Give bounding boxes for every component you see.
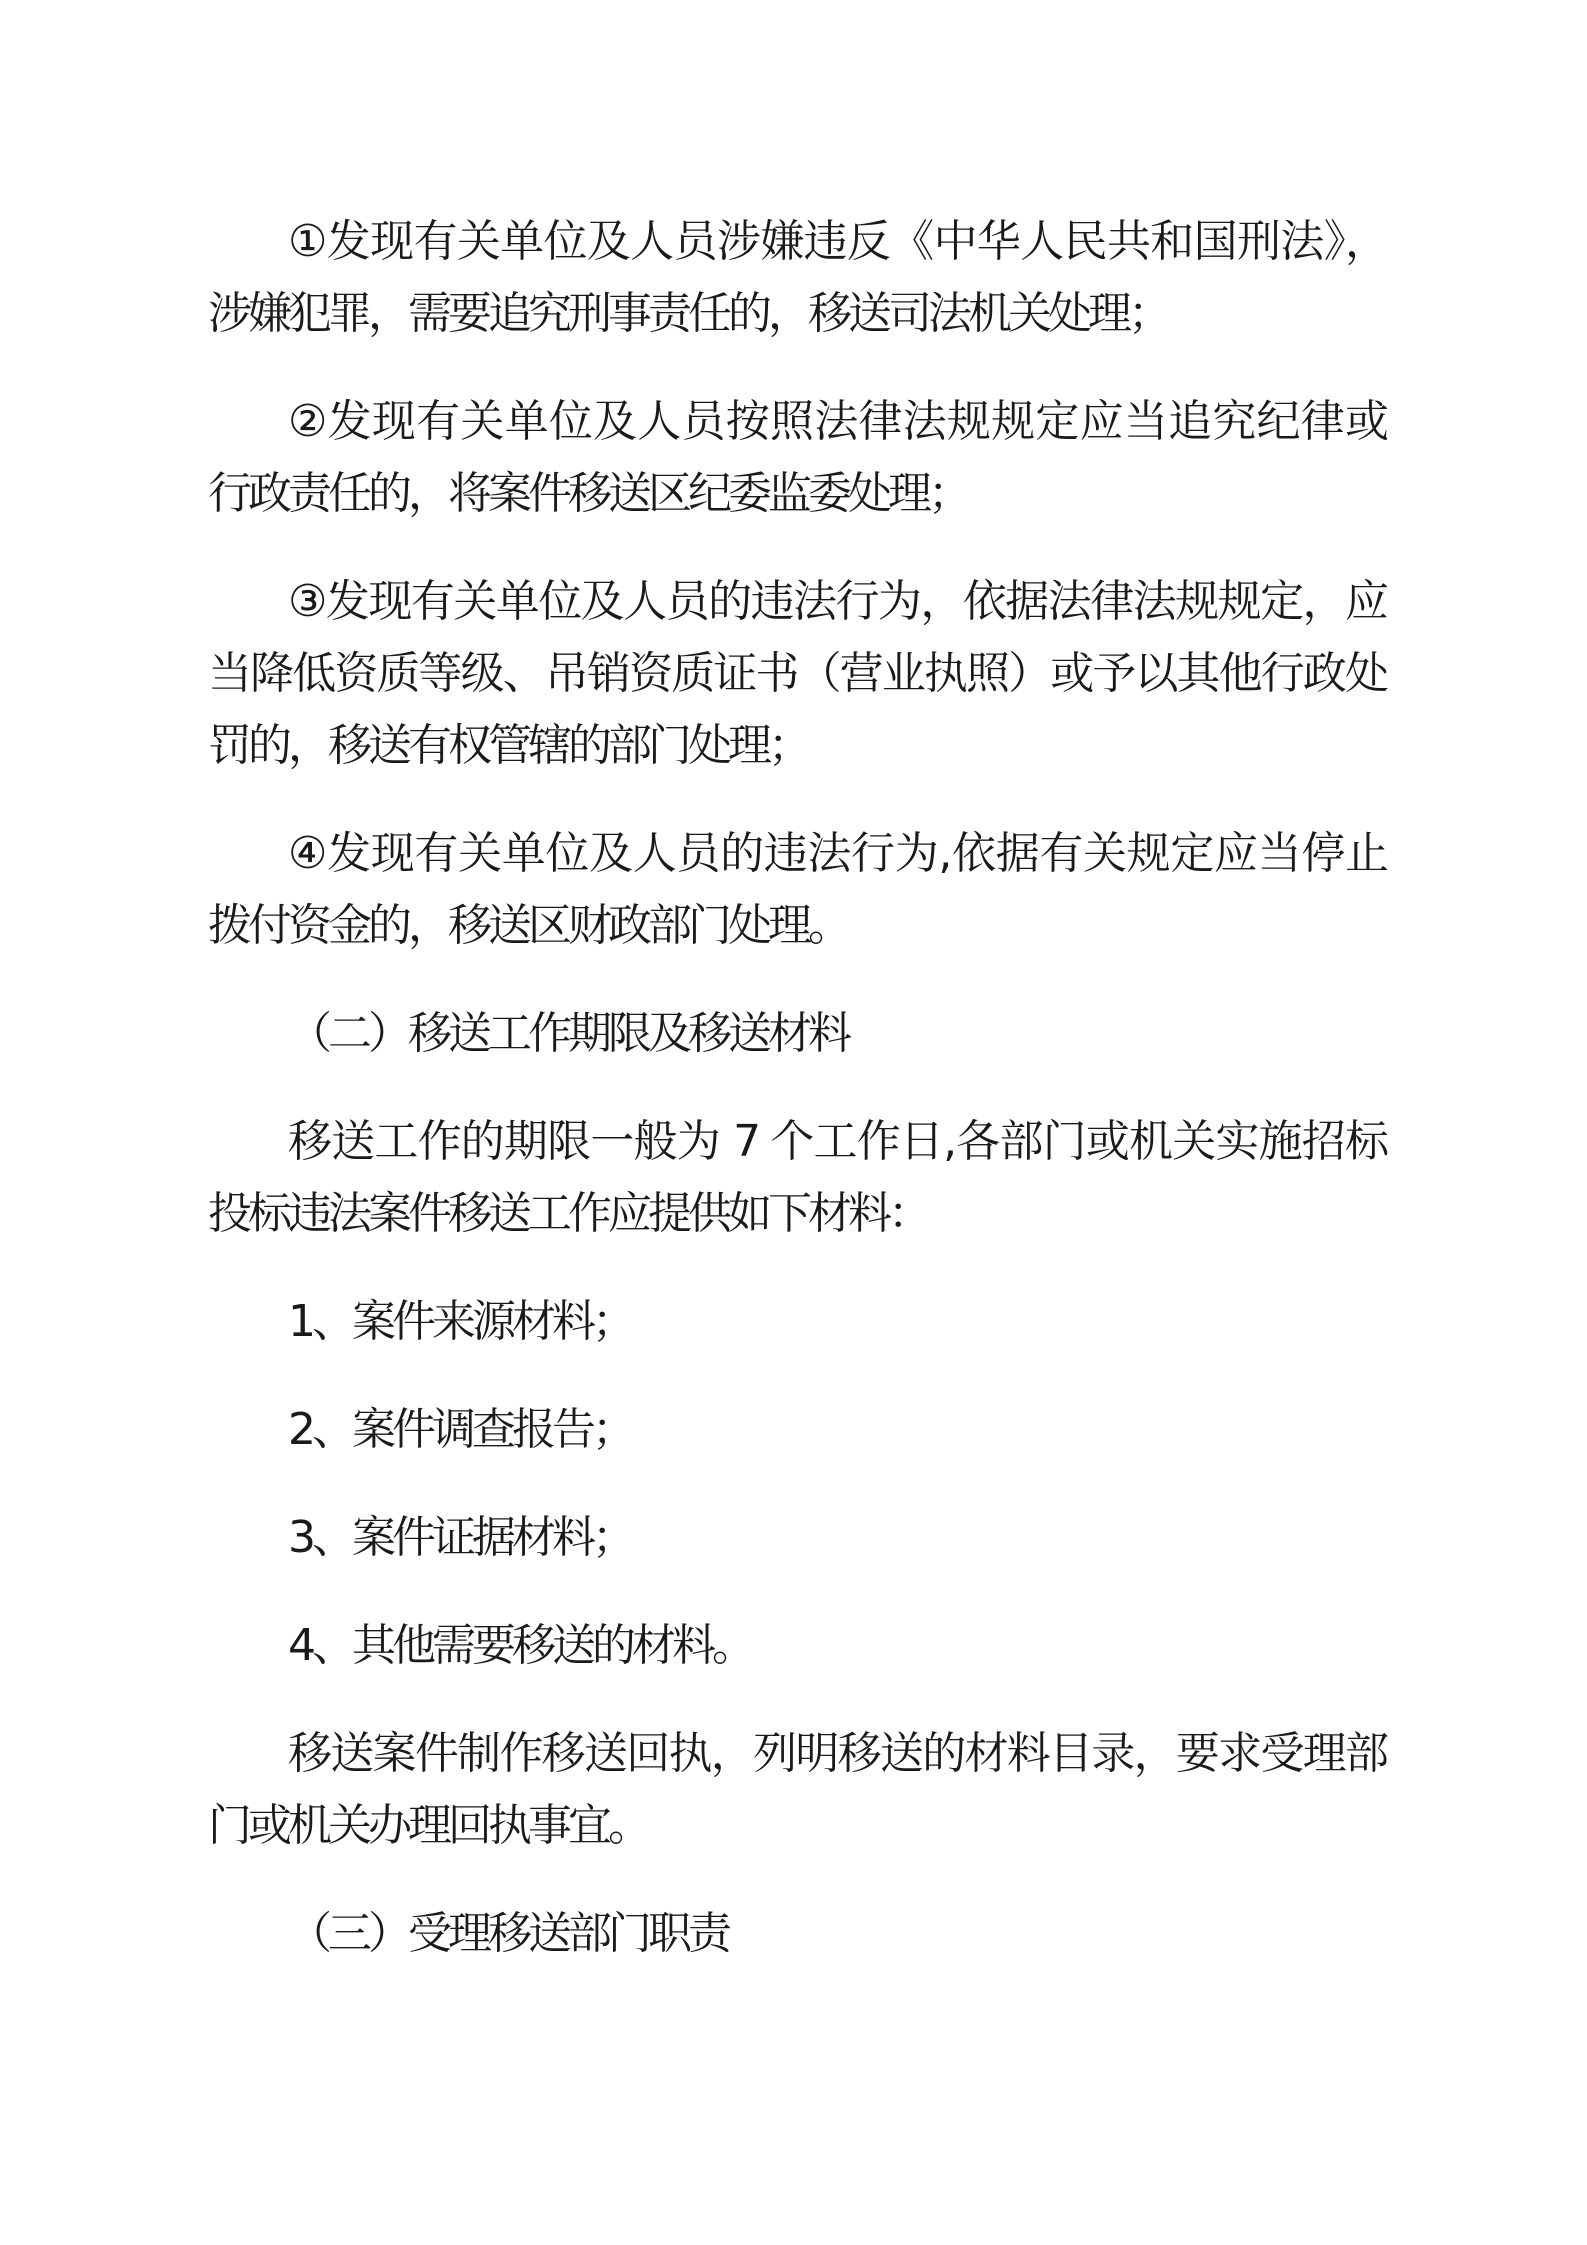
text-line: 投标违法案件移送工作应提供如下材料：	[208, 1178, 1385, 1250]
text-line: ②发现有关单位及人员按照法律法规规定应当追究纪律或	[208, 386, 1385, 458]
material-item-1: 1、案件来源材料；	[208, 1286, 1385, 1358]
text-line: （三）受理移送部门职责	[208, 1898, 1385, 1970]
text-line: 行政责任的，将案件移送区纪委监委处理；	[208, 458, 1385, 530]
text-line: 涉嫌犯罪，需要追究刑事责任的，移送司法机关处理；	[208, 278, 1385, 350]
section-heading-2: （二）移送工作期限及移送材料	[208, 998, 1385, 1070]
deadline-paragraph: 移送工作的期限一般为 7 个工作日,各部门或机关实施招标投标违法案件移送工作应提…	[208, 1106, 1385, 1250]
text-line: 拨付资金的，移送区财政部门处理。	[208, 890, 1385, 962]
document-text-body: ①发现有关单位及人员涉嫌违反《中华人民共和国刑法》，涉嫌犯罪，需要追究刑事责任的…	[208, 206, 1385, 1970]
text-line: 4、其他需要移送的材料。	[208, 1610, 1385, 1682]
material-item-4: 4、其他需要移送的材料。	[208, 1610, 1385, 1682]
clause-3-qualification-penalty: ③发现有关单位及人员的违法行为，依据法律法规规定，应当降低资质等级、吊销资质证书…	[208, 566, 1385, 782]
section-heading-3: （三）受理移送部门职责	[208, 1898, 1385, 1970]
clause-1-judicial-transfer: ①发现有关单位及人员涉嫌违反《中华人民共和国刑法》，涉嫌犯罪，需要追究刑事责任的…	[208, 206, 1385, 350]
text-line: 移送案件制作移送回执，列明移送的材料目录，要求受理部	[208, 1718, 1385, 1790]
text-line: 1、案件来源材料；	[208, 1286, 1385, 1358]
material-item-3: 3、案件证据材料；	[208, 1502, 1385, 1574]
text-line: （二）移送工作期限及移送材料	[208, 998, 1385, 1070]
clause-4-funding-stop: ④发现有关单位及人员的违法行为,依据有关规定应当停止拨付资金的，移送区财政部门处…	[208, 818, 1385, 962]
text-line: 门或机关办理回执事宜。	[208, 1790, 1385, 1862]
document-page: ①发现有关单位及人员涉嫌违反《中华人民共和国刑法》，涉嫌犯罪，需要追究刑事责任的…	[0, 0, 1587, 2245]
text-line: 罚的，移送有权管辖的部门处理；	[208, 710, 1385, 782]
material-item-2: 2、案件调查报告；	[208, 1394, 1385, 1466]
clause-2-discipline-transfer: ②发现有关单位及人员按照法律法规规定应当追究纪律或行政责任的，将案件移送区纪委监…	[208, 386, 1385, 530]
text-line: 3、案件证据材料；	[208, 1502, 1385, 1574]
text-line: ①发现有关单位及人员涉嫌违反《中华人民共和国刑法》，	[208, 206, 1385, 278]
text-line: 2、案件调查报告；	[208, 1394, 1385, 1466]
text-line: ④发现有关单位及人员的违法行为,依据有关规定应当停止	[208, 818, 1385, 890]
text-line: 移送工作的期限一般为 7 个工作日,各部门或机关实施招标	[208, 1106, 1385, 1178]
text-line: ③发现有关单位及人员的违法行为，依据法律法规规定，应	[208, 566, 1385, 638]
text-line: 当降低资质等级、吊销资质证书（营业执照）或予以其他行政处	[208, 638, 1385, 710]
receipt-paragraph: 移送案件制作移送回执，列明移送的材料目录，要求受理部门或机关办理回执事宜。	[208, 1718, 1385, 1862]
